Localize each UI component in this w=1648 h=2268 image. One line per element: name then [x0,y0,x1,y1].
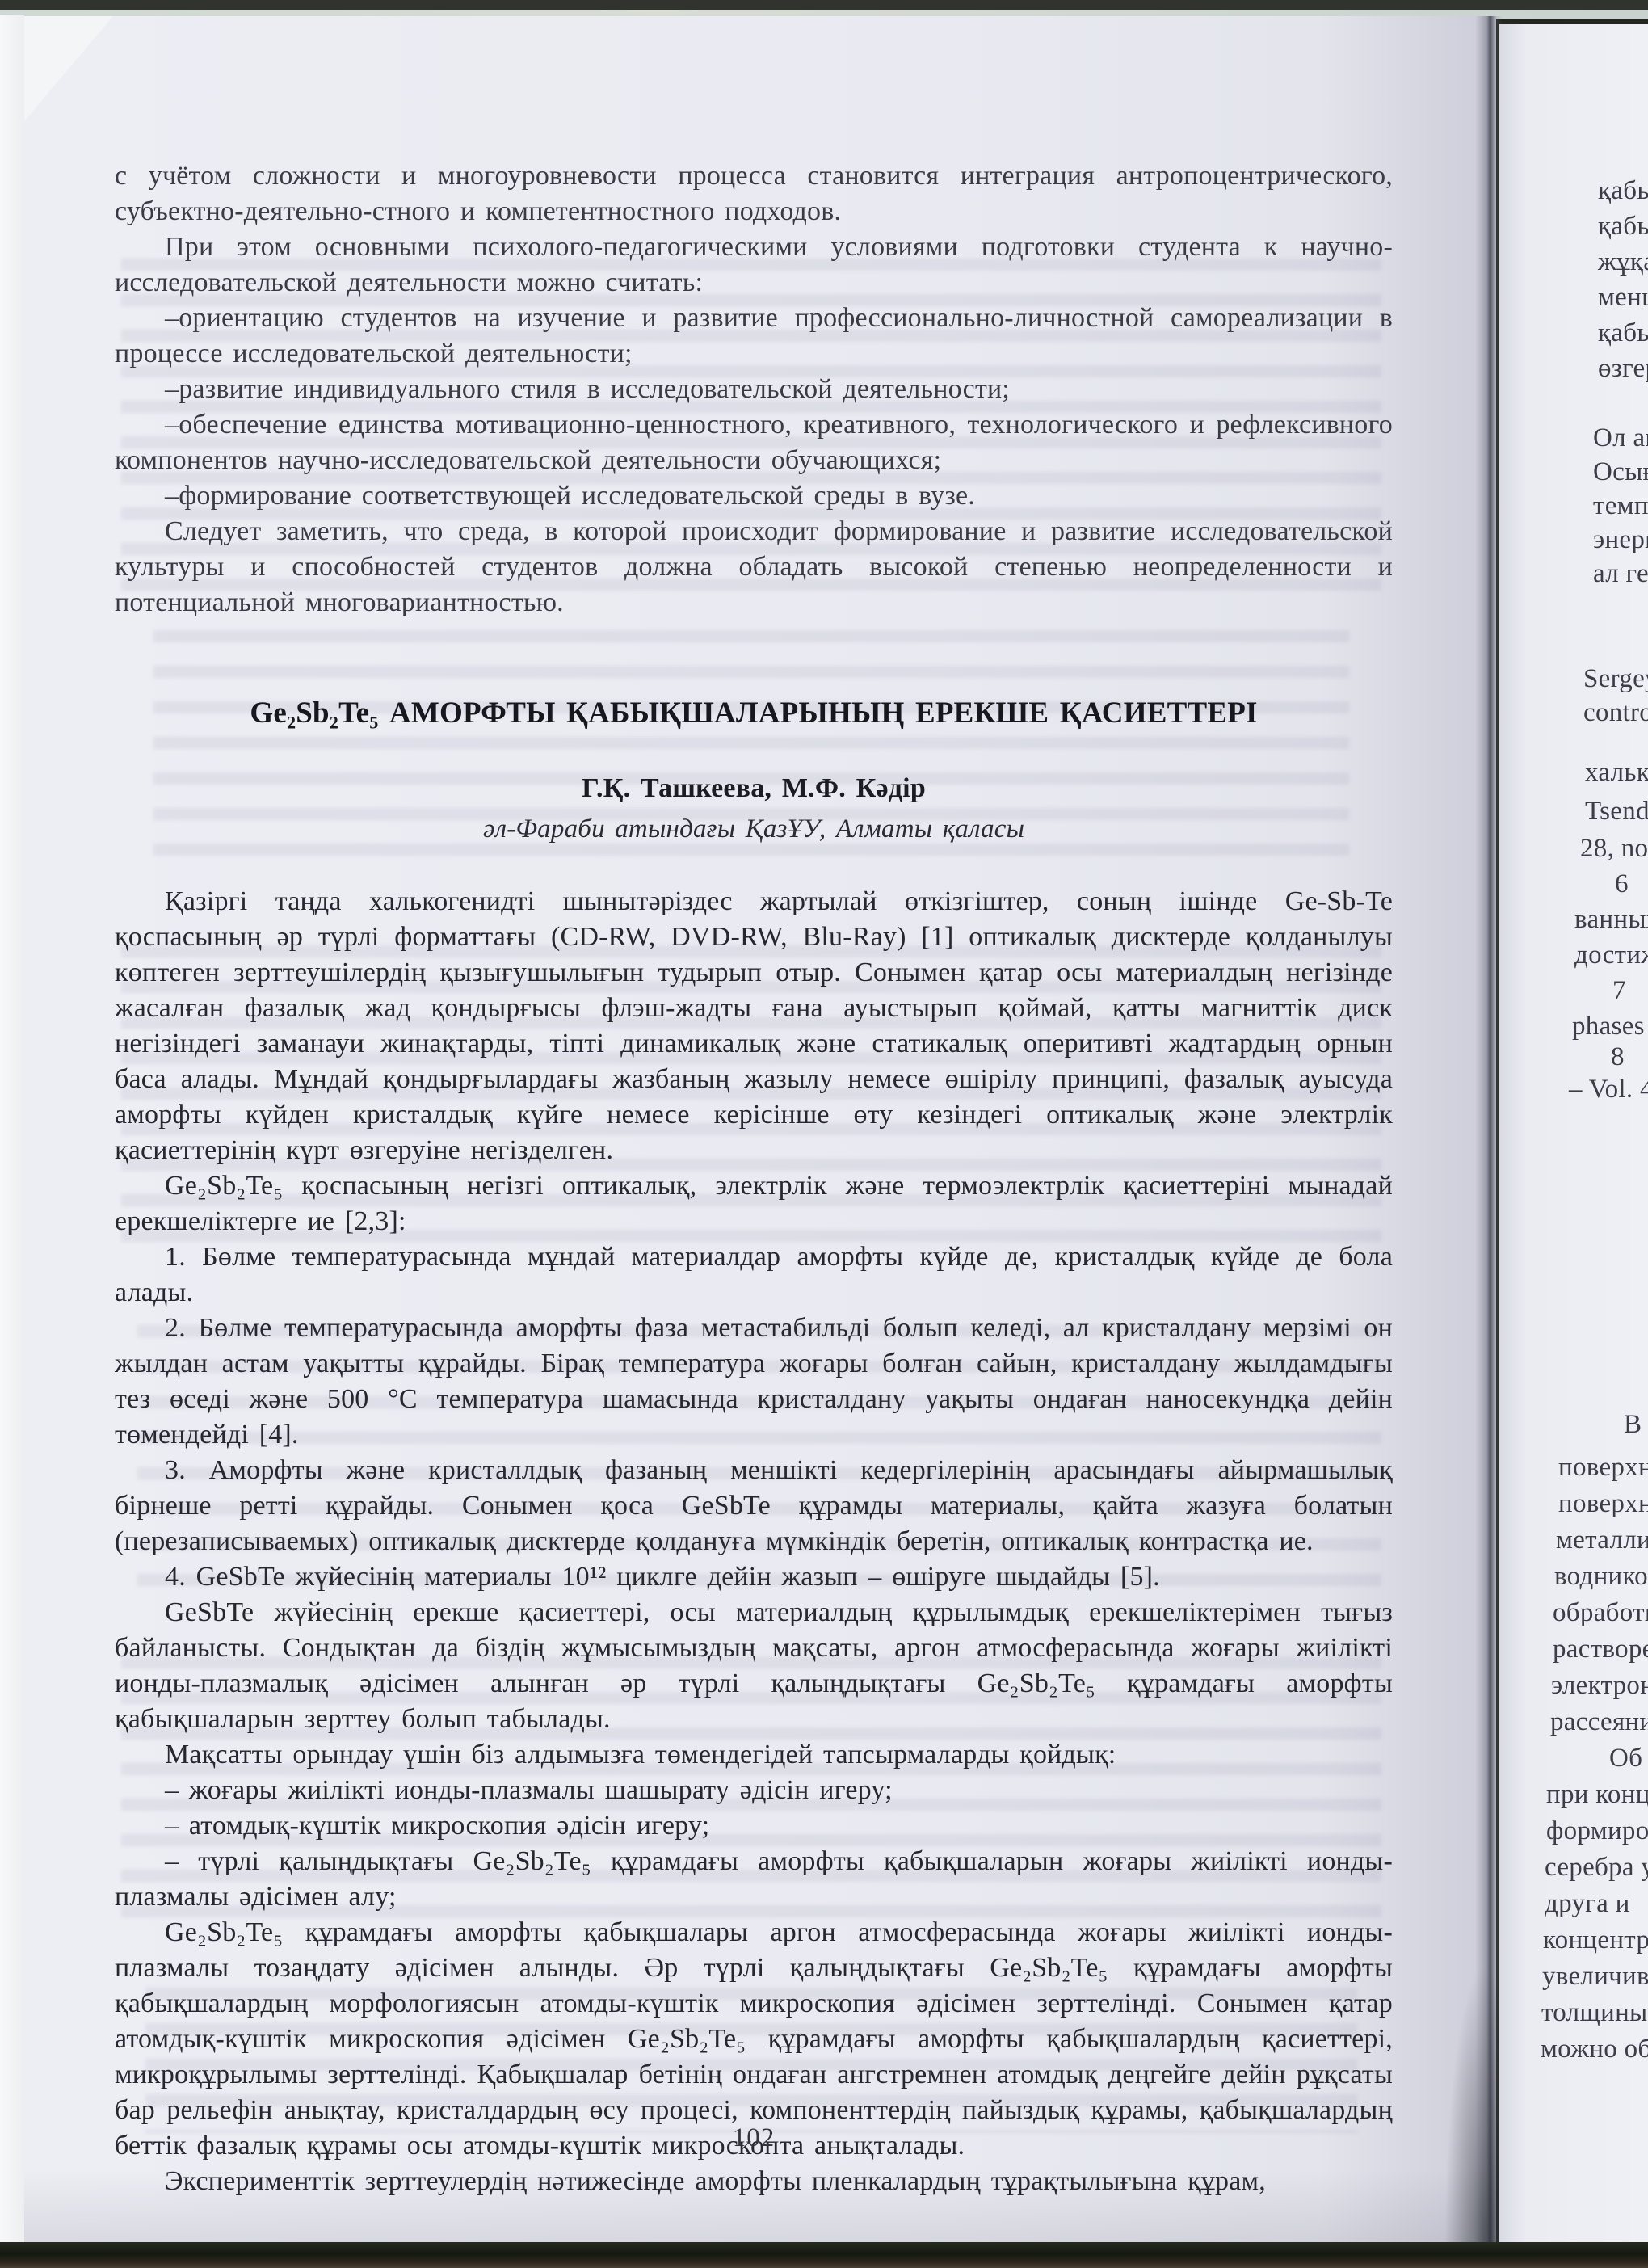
text-fragment: при конц [1546,1780,1648,1810]
russian-section: с учётом сложности и многоуровневости пр… [115,158,1393,621]
text-fragment: формиро [1546,1816,1648,1846]
text-fragment: можно об [1541,2034,1648,2064]
text-fragment: 7 [1612,976,1626,1006]
text-fragment: қабы [1598,176,1648,206]
text-fragment: 6 [1615,869,1629,899]
paragraph: с учётом сложности и многоуровневости пр… [115,158,1393,229]
scan-top-edge [0,0,1648,10]
list-item-dash: –обеспечение единства мотивационно-ценно… [115,407,1393,478]
text-fragment: Sergey, [1583,664,1648,694]
page-left-edge [0,15,24,2242]
text-fragment: ал гек [1593,559,1648,589]
paragraph: Ge₂Sb₂Te₅ қоспасының негізгі оптикалық, … [115,1168,1393,1239]
text-fragment: металли [1556,1525,1648,1555]
text-fragment: менш [1598,283,1648,313]
text-fragment: controlle [1583,698,1648,728]
text-fragment: 8 [1611,1042,1625,1072]
book-bottom-edge [0,2242,1648,2268]
page-number: 102 [115,2123,1393,2153]
article-title: Ge₂Sb₂Te₅ АМОРФТЫ ҚАБЫҚШАЛАРЫНЫҢ ЕРЕКШЕ … [115,695,1393,732]
text-fragment: қабы [1598,212,1648,242]
numbered-item: 1. Бөлме температурасында мұндай материа… [115,1239,1393,1311]
text-fragment: достиже [1574,940,1648,970]
text-fragment: темпе [1593,491,1648,521]
text-fragment: phases / E [1572,1012,1648,1041]
numbered-item: 3. Аморфты және кристаллдық фазаның менш… [115,1453,1393,1559]
text-fragment: обработк [1553,1598,1648,1628]
book-gutter [1475,16,1503,2242]
text-fragment: Ол ам [1593,423,1648,453]
text-column: с учётом сложности и многоуровневости пр… [115,158,1393,2199]
text-fragment: қабы [1598,318,1648,348]
paragraph: GeSbTe жүйесінің ерекше қасиеттері, осы … [115,1595,1393,1737]
text-fragment: поверхн [1558,1453,1648,1483]
text-fragment: өзгер [1598,354,1648,384]
list-item-dash: –развитие индивидуального стиля в исслед… [115,372,1393,407]
article: Ge₂Sb₂Te₅ АМОРФТЫ ҚАБЫҚШАЛАРЫНЫҢ ЕРЕКШЕ … [115,695,1393,2199]
text-fragment: ванных [1574,905,1648,935]
text-fragment: Осығ [1593,457,1648,487]
text-fragment: жұқа [1598,247,1648,277]
text-fragment: водников [1554,1562,1648,1592]
text-fragment: энерг [1593,525,1648,555]
paragraph: Эксперименттік зерттеулердің нәтижесінде… [115,2164,1393,2199]
article-affiliation: әл-Фараби атындағы ҚазҰУ, Алматы қаласы [115,811,1393,847]
numbered-item: 2. Бөлме температурасында аморфты фаза м… [115,1311,1393,1453]
list-item-dash: – түрлі қалыңдықтағы Ge₂Sb₂Te₅ құрамдағы… [115,1844,1393,1915]
left-page: с учётом сложности и многоуровневости пр… [24,16,1496,2242]
text-fragment: поверхн [1558,1489,1648,1519]
paragraph: При этом основными психолого-педагогичес… [115,229,1393,301]
text-fragment: увеличива [1542,1962,1648,1992]
paragraph: Следует заметить, что среда, в которой п… [115,514,1393,621]
list-item-dash: –ориентацию студентов на изучение и разв… [115,301,1393,372]
numbered-item: 4. GeSbTe жүйесінің материалы 10¹² циклг… [115,1559,1393,1595]
text-fragment: 28, no. 2 [1580,834,1648,864]
text-fragment: Об [1609,1744,1642,1774]
list-item-dash: –формирование соответствующей исследоват… [115,478,1393,514]
text-fragment: В [1624,1410,1642,1440]
text-fragment: – Vol. 44, [1569,1075,1648,1105]
list-item-dash: – атомдық-күштік микроскопия әдісін игер… [115,1808,1393,1844]
page-corner [24,16,113,121]
paragraph: Қазіргі таңда халькогенидті шынытәріздес… [115,884,1393,1168]
text-fragment: друга и [1545,1889,1630,1919]
text-fragment: растворе [1553,1635,1648,1664]
paragraph: Мақсатты орындау үшін біз алдымызға төме… [115,1737,1393,1773]
text-fragment: Tsendin, [1585,797,1648,827]
text-fragment: рассеяни [1550,1707,1648,1737]
text-fragment: электрон [1551,1671,1648,1701]
text-fragment: серебра у [1545,1853,1648,1883]
text-fragment: толщины [1541,1998,1648,2028]
book-scan: с учётом сложности и многоуровневости пр… [0,0,1648,2268]
facing-page-sliver: қабы қабы жұқа менш қабы өзгер Ол ам Осы… [1499,24,1648,2242]
list-item-dash: – жоғары жиілікті ионды-плазмалы шашырат… [115,1773,1393,1808]
text-fragment: концентра [1543,1925,1648,1955]
text-fragment: хальког [1585,758,1648,788]
article-authors: Г.Қ. Ташкеева, М.Ф. Кәдір [115,771,1393,806]
